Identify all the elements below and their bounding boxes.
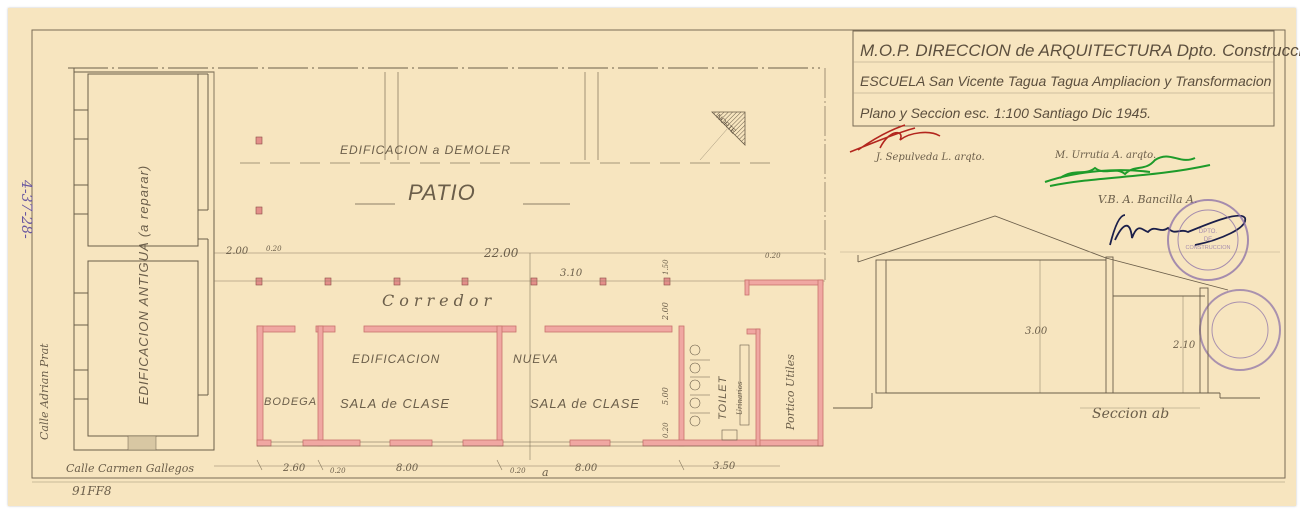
dim-top-left-small: 0.20 <box>266 245 282 253</box>
svg-text:DE: DE <box>1204 237 1212 243</box>
section-height-secondary: 2.10 <box>1172 340 1196 351</box>
room-urinarios: Urinarios <box>736 381 744 415</box>
red-signature-caption: J. Sepulveda L. arqto. <box>874 152 985 163</box>
svg-text:DPTO.: DPTO. <box>1199 229 1218 235</box>
dim-vertical-corridor-small: 1.50 <box>662 259 670 275</box>
dim-bottom-1-small: 0.20 <box>330 467 346 475</box>
new-building-label-2: NUEVA <box>513 352 559 366</box>
street-left-label: Calle Adrian Prat <box>38 343 51 440</box>
signature-red: J. Sepulveda L. arqto. <box>850 125 985 163</box>
archive-number: 91FF8 <box>72 484 112 498</box>
dim-top-left: 2.00 <box>225 246 249 257</box>
section-height-main: 3.00 <box>1025 326 1048 337</box>
demolish-zone <box>214 68 825 280</box>
title-block: M.O.P. DIRECCION de ARQUITECTURA Dpto. C… <box>853 31 1300 126</box>
stamp-ministerio <box>1200 290 1280 370</box>
old-building <box>68 68 820 450</box>
architect-caption: M. Urrutia A. arqto. <box>1054 150 1156 161</box>
columns <box>256 137 670 285</box>
new-building-label-1: EDIFICACION <box>352 352 440 366</box>
dim-right-small: 0.20 <box>765 252 781 260</box>
title-line-1: M.O.P. DIRECCION de ARQUITECTURA Dpto. C… <box>860 41 1300 60</box>
architectural-drawing: M.O.P. DIRECCION de ARQUITECTURA Dpto. C… <box>0 0 1300 515</box>
dim-overall: 22.00 <box>483 246 519 260</box>
room-sala-clase-2: SALA de CLASE <box>530 396 640 411</box>
dim-vertical-small: 0.20 <box>662 422 670 438</box>
vb-caption: V.B. A. Bancilla A. <box>1098 193 1197 206</box>
dim-bay: 3.10 <box>560 268 583 279</box>
archive-code: 4-37-28- <box>18 179 34 239</box>
room-bodega: BODEGA <box>264 396 317 408</box>
dim-vertical-corridor: 2.00 <box>661 302 670 321</box>
old-building-label: EDIFICACION ANTIGUA (a reparar) <box>136 165 151 405</box>
demolish-label: EDIFICACION a DEMOLER <box>340 143 511 157</box>
street-bottom-label: Calle Carmen Gallegos <box>66 462 194 475</box>
stamp-dpto-construccion: DPTO. DE CONSTRUCCION <box>1168 200 1248 280</box>
dim-bottom-2-small: 0.20 <box>510 467 526 475</box>
north-arrow: NORTE <box>700 112 745 160</box>
patio-label: PATIO <box>408 180 476 205</box>
dim-vertical-class: 5.00 <box>661 387 670 405</box>
section-label: Seccion ab <box>1092 406 1169 422</box>
title-line-3: Plano y Seccion esc. 1:100 Santiago Dic … <box>860 105 1151 121</box>
room-toilet: TOILET <box>717 375 729 420</box>
corridor-label: Corredor <box>382 291 496 310</box>
section-marker: a <box>542 466 549 479</box>
room-sala-clase-1: SALA de CLASE <box>340 396 450 411</box>
title-line-2: ESCUELA San Vicente Tagua Tagua Ampliaci… <box>860 73 1272 89</box>
dim-bottom-2: 8.00 <box>396 463 419 474</box>
svg-text:CONSTRUCCION: CONSTRUCCION <box>1186 245 1231 251</box>
dim-bottom-1: 2.60 <box>282 463 306 474</box>
dim-bottom-3: 8.00 <box>575 463 598 474</box>
dim-bottom-4: 3.50 <box>713 461 736 472</box>
room-portico-utiles: Portico Utiles <box>784 354 797 431</box>
